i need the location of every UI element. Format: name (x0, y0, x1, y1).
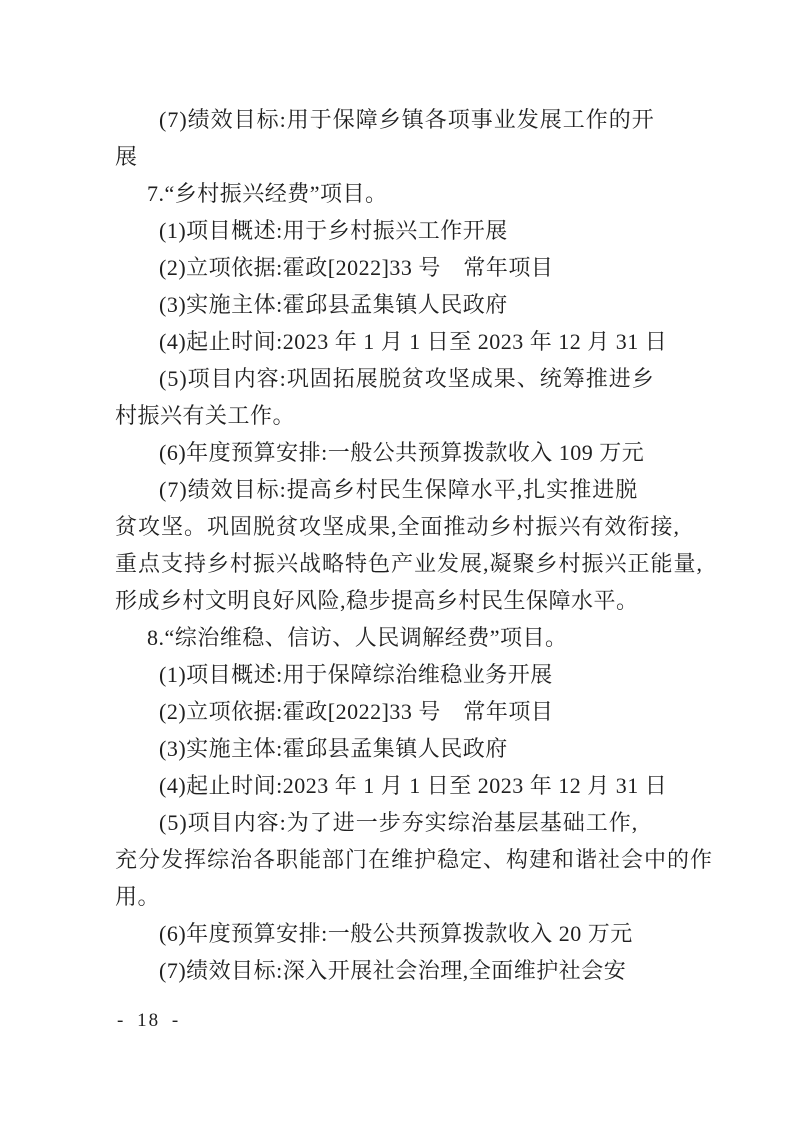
text-line: (6)年度预算安排:一般公共预算拨款收入 109 万元 (115, 434, 687, 471)
text-line: (1)项目概述:用于保障综治维稳业务开展 (115, 656, 687, 693)
text-line: 用。 (115, 878, 687, 915)
text-line: 重点支持乡村振兴战略特色产业发展,凝聚乡村振兴正能量, (115, 545, 687, 582)
text-line: (7)绩效目标:深入开展社会治理,全面维护社会安 (115, 952, 687, 989)
text-line: 村振兴有关工作。 (115, 397, 687, 434)
text-line: 充分发挥综治各职能部门在维护稳定、构建和谐社会中的作 (115, 841, 687, 878)
text-line: (3)实施主体:霍邱县孟集镇人民政府 (115, 730, 687, 767)
text-line: (1)项目概述:用于乡村振兴工作开展 (115, 212, 687, 249)
text-line: (5)项目内容:为了进一步夯实综治基层基础工作, (115, 804, 687, 841)
text-line: (3)实施主体:霍邱县孟集镇人民政府 (115, 286, 687, 323)
text-line: 展 (115, 138, 687, 175)
text-line: (7)绩效目标:用于保障乡镇各项事业发展工作的开 (115, 101, 687, 138)
document-page: (7)绩效目标:用于保障乡镇各项事业发展工作的开展7.“乡村振兴经费”项目。(1… (0, 0, 793, 1122)
text-line: (4)起止时间:2023 年 1 月 1 日至 2023 年 12 月 31 日 (115, 323, 687, 360)
text-line: (4)起止时间:2023 年 1 月 1 日至 2023 年 12 月 31 日 (115, 767, 687, 804)
text-line: 形成乡村文明良好风险,稳步提高乡村民生保障水平。 (115, 582, 687, 619)
text-line: (2)立项依据:霍政[2022]33 号 常年项目 (115, 249, 687, 286)
text-line: 7.“乡村振兴经费”项目。 (115, 175, 687, 212)
text-line: (2)立项依据:霍政[2022]33 号 常年项目 (115, 693, 687, 730)
text-line: 8.“综治维稳、信访、人民调解经费”项目。 (115, 619, 687, 656)
text-line: (7)绩效目标:提高乡村民生保障水平,扎实推进脱 (115, 471, 687, 508)
text-line: 贫攻坚。巩固脱贫攻坚成果,全面推动乡村振兴有效衔接, (115, 508, 687, 545)
page-body-text: (7)绩效目标:用于保障乡镇各项事业发展工作的开展7.“乡村振兴经费”项目。(1… (115, 101, 687, 989)
page-number: - 18 - (117, 1010, 180, 1032)
text-line: (6)年度预算安排:一般公共预算拨款收入 20 万元 (115, 915, 687, 952)
text-line: (5)项目内容:巩固拓展脱贫攻坚成果、统筹推进乡 (115, 360, 687, 397)
